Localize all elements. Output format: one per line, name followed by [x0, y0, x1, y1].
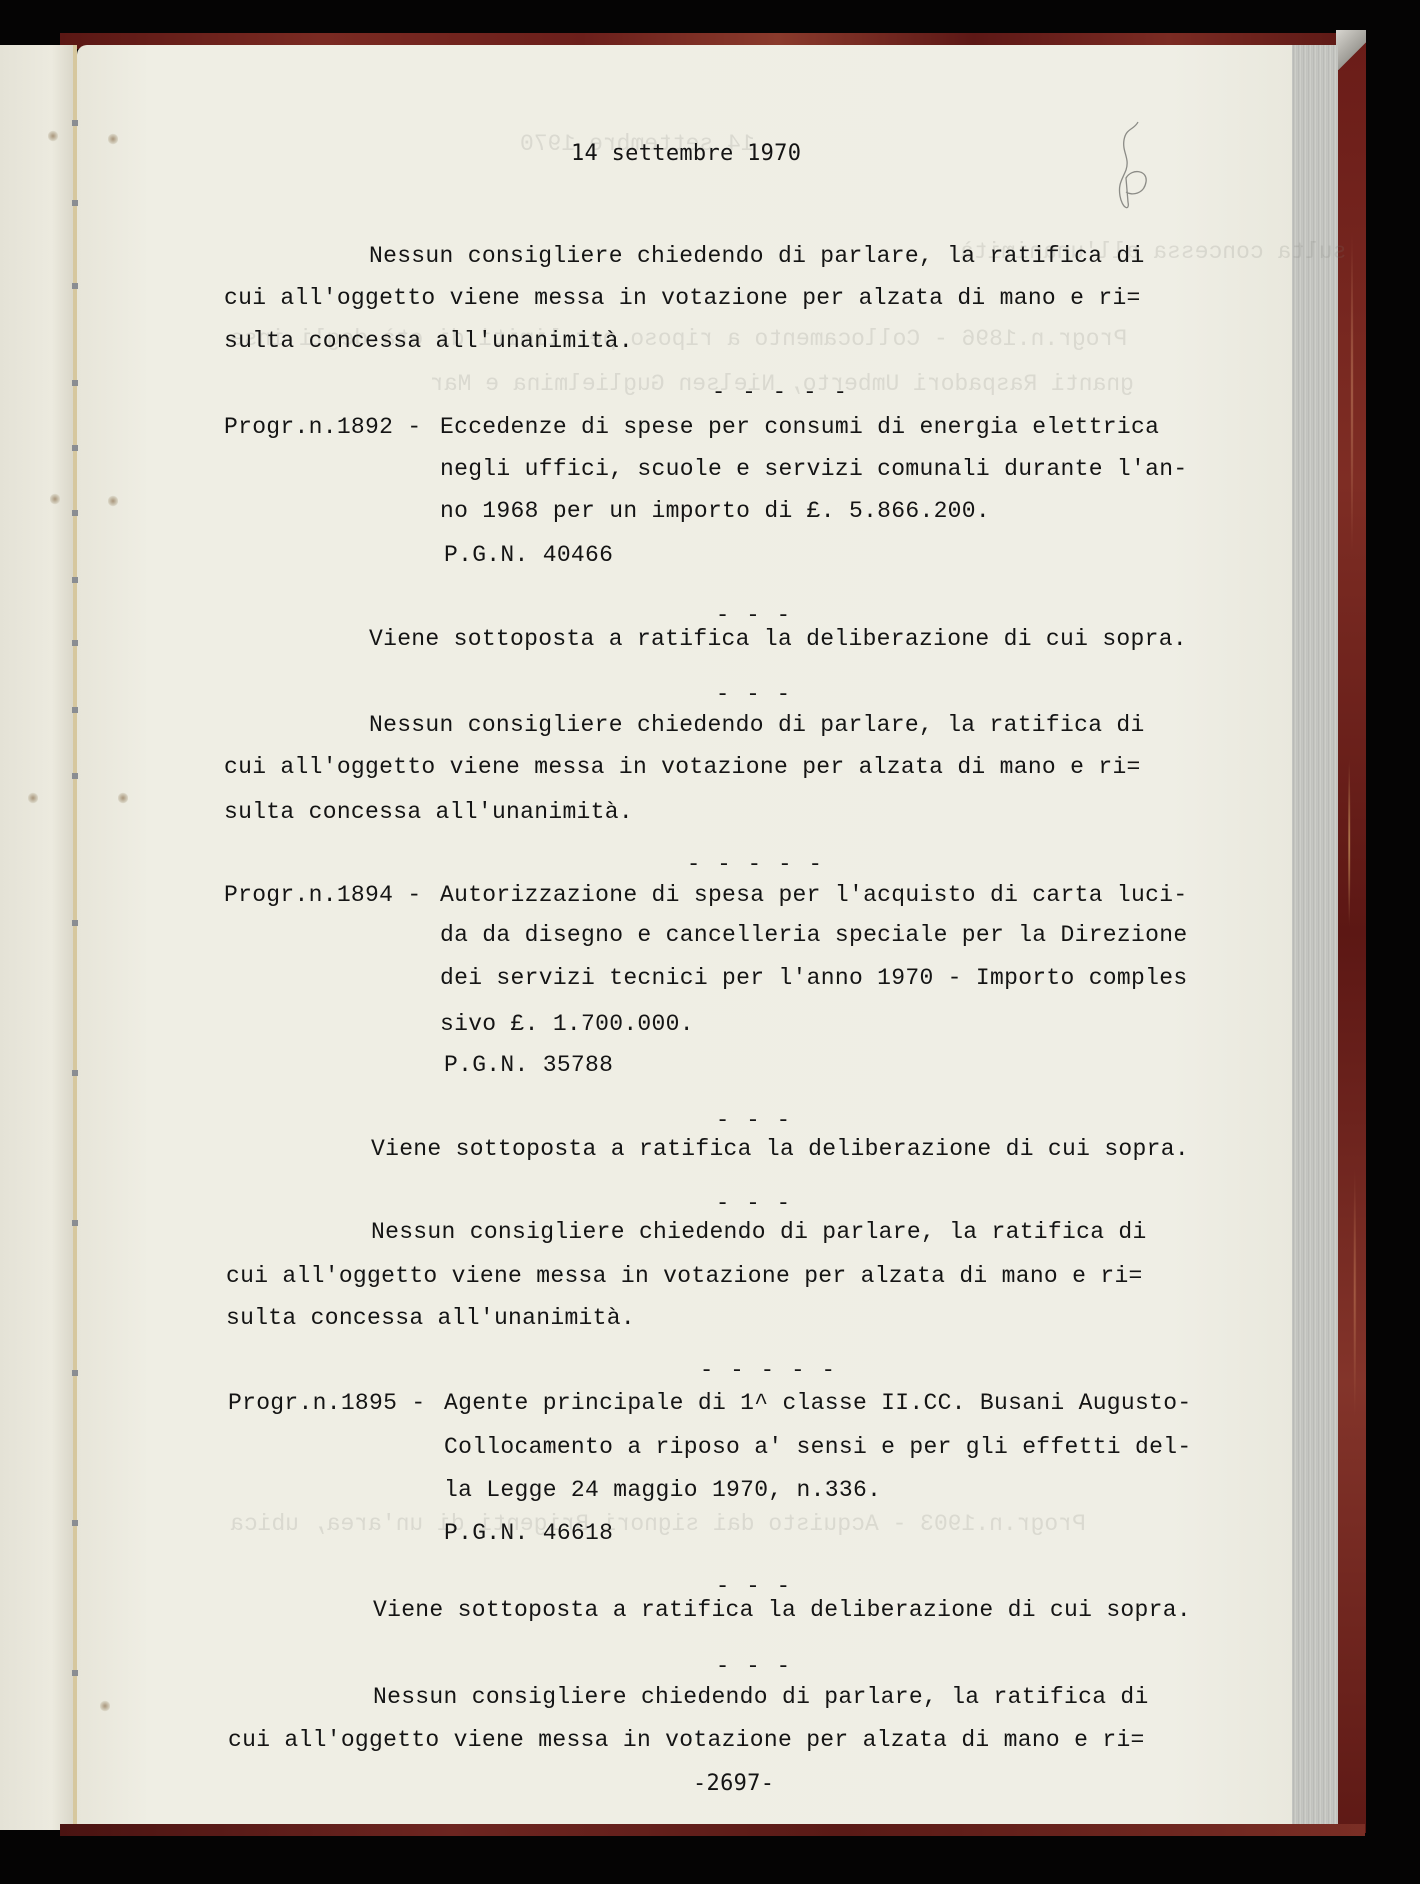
binding-stitch-icon	[72, 380, 78, 386]
separator-long: - - - - -	[687, 854, 824, 876]
book-cover-right-edge	[1338, 33, 1366, 1833]
item-line: negli uffici, scuole e servizi comunali …	[440, 455, 1187, 483]
item-line: Agente principale di 1^ classe II.CC. Bu…	[444, 1389, 1191, 1417]
binding-stitch-icon	[72, 920, 78, 926]
item-label: Progr.n.1892 -	[224, 413, 421, 441]
vote-line: Nessun consigliere chiedendo di parlare,…	[369, 711, 1145, 739]
separator-short: - - -	[716, 1193, 792, 1215]
page-stack-edge	[1292, 45, 1338, 1827]
item-line: Eccedenze di spese per consumi di energi…	[440, 413, 1159, 441]
punch-hole-icon	[100, 1700, 110, 1712]
binding-stitch-icon	[72, 773, 78, 779]
punch-hole-icon	[48, 130, 58, 142]
item-label: Progr.n.1895 -	[228, 1389, 425, 1417]
left-page-edge	[0, 45, 74, 1830]
item-line: da da disegno e cancelleria speciale per…	[440, 921, 1187, 949]
punch-hole-icon	[118, 792, 128, 804]
separator-short: - - -	[716, 605, 792, 627]
vote-line: sulta concessa all'unanimità.	[224, 327, 633, 355]
binding-stitch-icon	[72, 1070, 78, 1076]
item-line: Autorizzazione di spesa per l'acquisto d…	[440, 881, 1187, 909]
vote-line: sulta concessa all'unanimità.	[226, 1304, 635, 1332]
vote-line: cui all'oggetto viene messa in votazione…	[224, 284, 1141, 312]
vote-line: Nessun consigliere chiedendo di parlare,…	[373, 1683, 1149, 1711]
item-line: la Legge 24 maggio 1970, n.336.	[444, 1476, 881, 1504]
punch-hole-icon	[108, 133, 118, 145]
item-label: Progr.n.1894 -	[224, 881, 421, 909]
separator-long: - - - - -	[712, 382, 849, 404]
separator-short: - - -	[716, 684, 792, 706]
item-pgn: P.G.N. 40466	[444, 541, 613, 569]
ratifica-line: Viene sottoposta a ratifica la deliberaz…	[369, 625, 1187, 653]
punch-hole-icon	[50, 493, 60, 505]
vote-line: sulta concessa all'unanimità.	[224, 798, 633, 826]
item-pgn: P.G.N. 46618	[444, 1519, 613, 1547]
separator-long: - - - - -	[700, 1360, 837, 1382]
vote-line: cui all'oggetto viene messa in votazione…	[228, 1726, 1145, 1754]
binding-stitch-icon	[72, 510, 78, 516]
punch-hole-icon	[108, 495, 118, 507]
vote-line: Nessun consigliere chiedendo di parlare,…	[371, 1218, 1147, 1246]
binding-stitch-icon	[72, 707, 78, 713]
ratifica-line: Viene sottoposta a ratifica la deliberaz…	[373, 1596, 1191, 1624]
item-line: no 1968 per un importo di £. 5.866.200.	[440, 497, 990, 525]
binding-stitch-icon	[72, 577, 78, 583]
pencil-mark-icon	[1108, 118, 1158, 218]
ratifica-line: Viene sottoposta a ratifica la deliberaz…	[371, 1135, 1189, 1163]
date-heading: 14 settembre 1970	[571, 140, 801, 168]
show-through-text: Progr.n.1903 - Acquisto dai signori Brig…	[230, 1510, 1086, 1538]
binding-stitch-icon	[72, 200, 78, 206]
separator-short: - - -	[716, 1110, 792, 1132]
binding-stitch-icon	[72, 1520, 78, 1526]
binding-gutter	[73, 45, 77, 1830]
binding-stitch-icon	[72, 1670, 78, 1676]
item-pgn: P.G.N. 35788	[444, 1051, 613, 1079]
binding-stitch-icon	[72, 120, 78, 126]
page-number: -2697-	[693, 1770, 774, 1798]
book-corner-cloth	[1336, 30, 1366, 70]
vote-line: cui all'oggetto viene messa in votazione…	[226, 1262, 1143, 1290]
item-line: Collocamento a riposo a' sensi e per gli…	[444, 1433, 1191, 1461]
item-line: dei servizi tecnici per l'anno 1970 - Im…	[440, 964, 1187, 992]
binding-stitch-icon	[72, 445, 78, 451]
book-cover-bottom-edge	[60, 1824, 1365, 1836]
binding-stitch-icon	[72, 1220, 78, 1226]
binding-stitch-icon	[72, 640, 78, 646]
binding-stitch-icon	[72, 1370, 78, 1376]
separator-short: - - -	[716, 1576, 792, 1598]
item-line: sivo £. 1.700.000.	[440, 1010, 694, 1038]
punch-hole-icon	[28, 792, 38, 804]
binding-stitch-icon	[72, 283, 78, 289]
vote-line: Nessun consigliere chiedendo di parlare,…	[369, 242, 1145, 270]
separator-short: - - -	[716, 1656, 792, 1678]
vote-line: cui all'oggetto viene messa in votazione…	[224, 753, 1141, 781]
